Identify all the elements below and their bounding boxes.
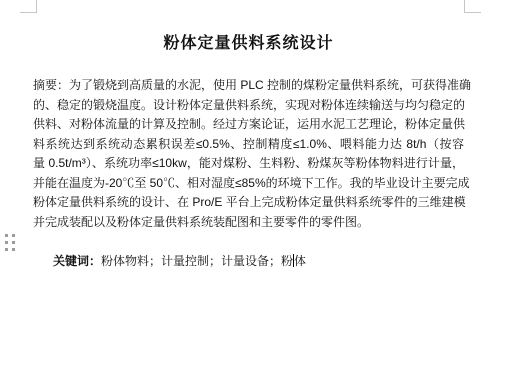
- abstract-line[interactable]: 料系统达到系统动态累积误差≤0.5%、控制精度≤1.0%、喂料能力达 8t/h（…: [33, 135, 464, 155]
- keywords-label: 关键词：: [53, 254, 101, 268]
- abstract-line[interactable]: 的、稳定的锻烧温度。设计粉体定量供料系统，实现对粉体连续输送与均匀稳定的: [33, 96, 464, 116]
- keywords-text-before-caret: 粉体物料；计量控制；计量设备；粉: [101, 254, 293, 268]
- document-page[interactable]: 粉体定量供料系统设计 摘要：为了锻烧到高质量的水泥，使用 PLC 控制的煤粉定量…: [0, 0, 520, 372]
- abstract-line[interactable]: 量 0.5t/m³）、系统功率≤10kw，能对煤粉、生料粉、粉煤灰等粉体物料进行…: [33, 154, 464, 174]
- document-title[interactable]: 粉体定量供料系统设计: [163, 35, 333, 52]
- keywords-text-after-caret: 体: [294, 254, 306, 268]
- abstract-line[interactable]: 并能在温度为-20℃至 50℃、相对湿度≤85%的环境下工作。我的毕业设计主要完…: [33, 174, 464, 194]
- abstract-paragraph: 摘要：为了锻烧到高质量的水泥，使用 PLC 控制的煤粉定量供料系统，可获得准确 …: [33, 76, 464, 252]
- drag-handle-icon[interactable]: [5, 234, 15, 251]
- abstract-line[interactable]: 供料、对粉体流量的计算及控制。经过方案论证，运用水泥工艺理论，粉体定量供: [33, 115, 464, 135]
- abstract-line[interactable]: 并完成装配以及粉体定量供料系统装配图和主要零件的零件图。: [33, 213, 464, 233]
- keywords-line[interactable]: 关键词：粉体物料；计量控制；计量设备；粉体: [33, 232, 464, 252]
- margin-crop-mark-topleft: [20, 0, 37, 13]
- abstract-line[interactable]: 摘要：为了锻烧到高质量的水泥，使用 PLC 控制的煤粉定量供料系统，可获得准确: [33, 76, 464, 96]
- abstract-line[interactable]: 粉体定量供料系统的设计、在 Pro/E 平台上完成粉体定量供料系统零件的三维建模: [33, 193, 464, 213]
- margin-crop-mark-topright: [464, 0, 481, 13]
